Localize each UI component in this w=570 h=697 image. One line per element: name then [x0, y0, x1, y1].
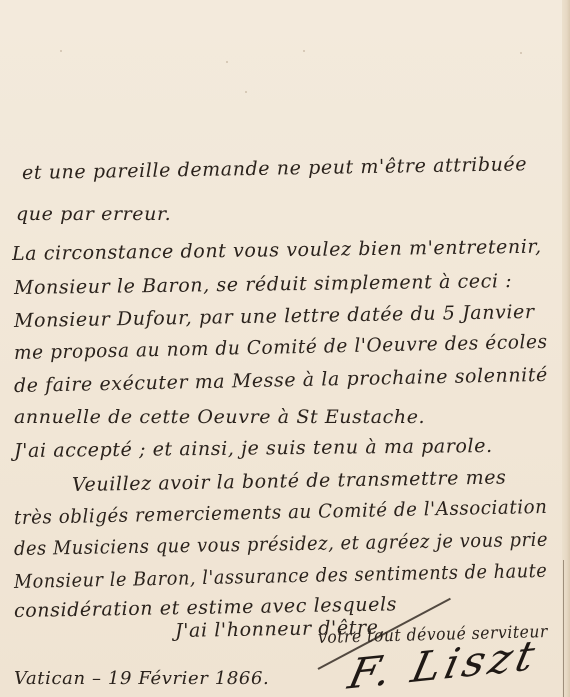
letter-line-1: et une pareille demande ne peut m'être a…: [22, 153, 528, 184]
letter-line-11: très obligés remerciements au Comité de …: [14, 496, 548, 529]
letter-line-13: Monsieur le Baron, l'assurance des senti…: [14, 560, 548, 593]
paper-speck: [520, 52, 522, 54]
letter-line-3: La circonstance dont vous voulez bien m'…: [12, 236, 542, 265]
letter-line-6: me proposa au nom du Comité de l'Oeuvre …: [14, 331, 548, 364]
letter-line-4: Monsieur le Baron, se réduit simplement …: [14, 270, 513, 299]
letter-line-12: des Musiciens que vous présidez, et agré…: [14, 529, 548, 560]
letter-line-8: annuelle de cette Oeuvre à St Eustache.: [14, 406, 425, 428]
letter-line-2: que par erreur.: [16, 203, 171, 225]
letter-line-9: J'ai accepté ; et ainsi, je suis tenu à …: [14, 435, 493, 462]
dateline: Vatican – 19 Février 1866.: [14, 668, 269, 689]
letter-line-5: Monsieur Dufour, par une lettre datée du…: [14, 301, 535, 332]
paper-speck: [60, 50, 62, 52]
paper-speck: [245, 91, 247, 93]
letter-line-7: de faire exécuter ma Messe à la prochain…: [14, 364, 548, 397]
letter-line-10: Veuillez avoir la bonté de transmettre m…: [72, 466, 507, 496]
paper-speck: [303, 50, 305, 52]
paper-speck: [226, 61, 228, 63]
letter-page: et une pareille demande ne peut m'être a…: [0, 0, 570, 697]
page-edge-line: [563, 560, 564, 697]
